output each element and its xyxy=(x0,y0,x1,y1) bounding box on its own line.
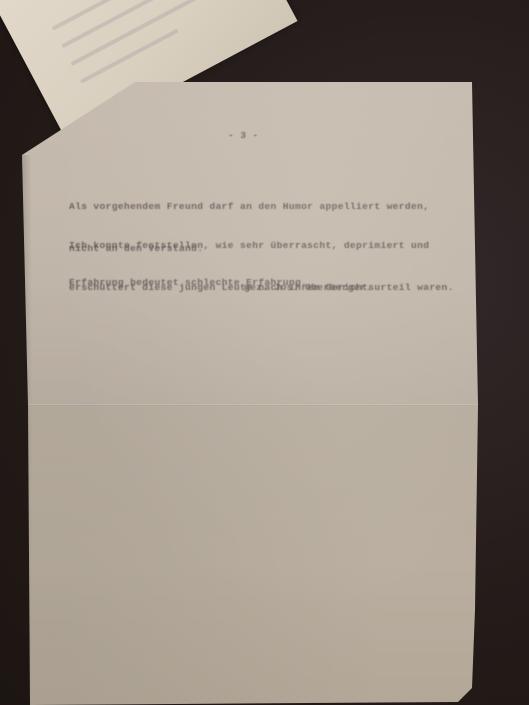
signature-line: gez. Jos. Oberberger. xyxy=(244,281,372,295)
paper-fold-line xyxy=(28,404,478,406)
faint-text-line xyxy=(80,29,179,84)
page-number: - 3 - xyxy=(228,129,259,143)
